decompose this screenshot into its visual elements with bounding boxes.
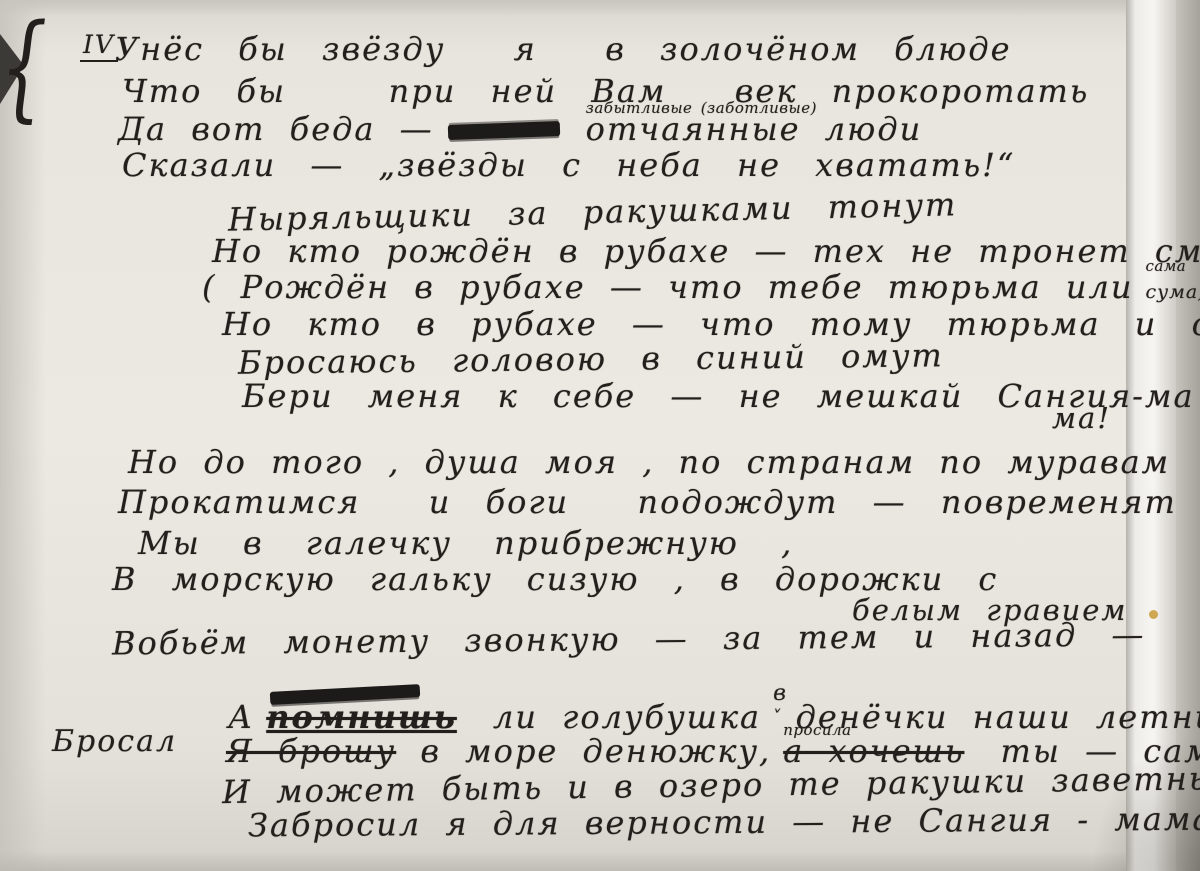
poem-line: Но до того , душа моя , по странам по му…: [128, 443, 1170, 481]
interline-note: сама: [1145, 257, 1186, 275]
strikethrough-word: Я брошу: [226, 732, 396, 770]
poem-line: Бросаюсь головою в синий омут: [238, 336, 944, 381]
inserted-word: в: [773, 681, 788, 706]
strikethrough-word: помнишь: [266, 698, 457, 736]
line-text: ли голубушка: [469, 698, 761, 736]
poem-line: Вобьём монету звонкую — за тем и назад —: [112, 615, 1146, 662]
line-text: в море денюжку,: [396, 732, 771, 770]
line-text: А: [228, 698, 254, 736]
poem-line: Сказали — „звёзды с неба не хватать!“: [122, 146, 1015, 184]
manuscript-photo: IV Унёс бы звёзду я в золочёном блюде Чт…: [0, 0, 1200, 871]
poem-line: ( Рождён в рубахе — что тебе тюрьма илис…: [202, 268, 1200, 306]
left-brace: {: [0, 0, 780, 134]
manuscript-text: IV Унёс бы звёзду я в золочёном блюде Чт…: [0, 0, 1200, 871]
correction-stack: помнишь: [266, 698, 457, 736]
poem-line: Мы в галечку прибрежную ,: [138, 524, 793, 562]
line-text: сума): [1145, 281, 1200, 303]
margin-word: Бросал: [52, 724, 177, 759]
poem-line: Но кто рождён в рубахе — тех не тронет с…: [212, 232, 1200, 270]
poem-line: Ныряльщики за ракушками тонут: [228, 185, 958, 238]
poem-line-continuation: ма!: [1052, 401, 1111, 435]
line-text: денёчки наши летние: [796, 698, 1200, 736]
poem-line: Апомнишь ли голубушкав˅денёчки наши летн…: [228, 698, 1200, 736]
correction-stack: самасума): [1145, 268, 1200, 306]
interline-note: просила: [783, 721, 851, 739]
poem-line: Забросил я для верности — не Сангия - ма…: [248, 800, 1200, 845]
poem-line: Но кто в рубахе — что тому тюрьма и сума: [222, 305, 1200, 343]
poem-line: Прокатимся и боги подождут — повременят: [118, 483, 1177, 521]
line-text: ( Рождён в рубахе — что тебе тюрьма или: [202, 268, 1133, 306]
